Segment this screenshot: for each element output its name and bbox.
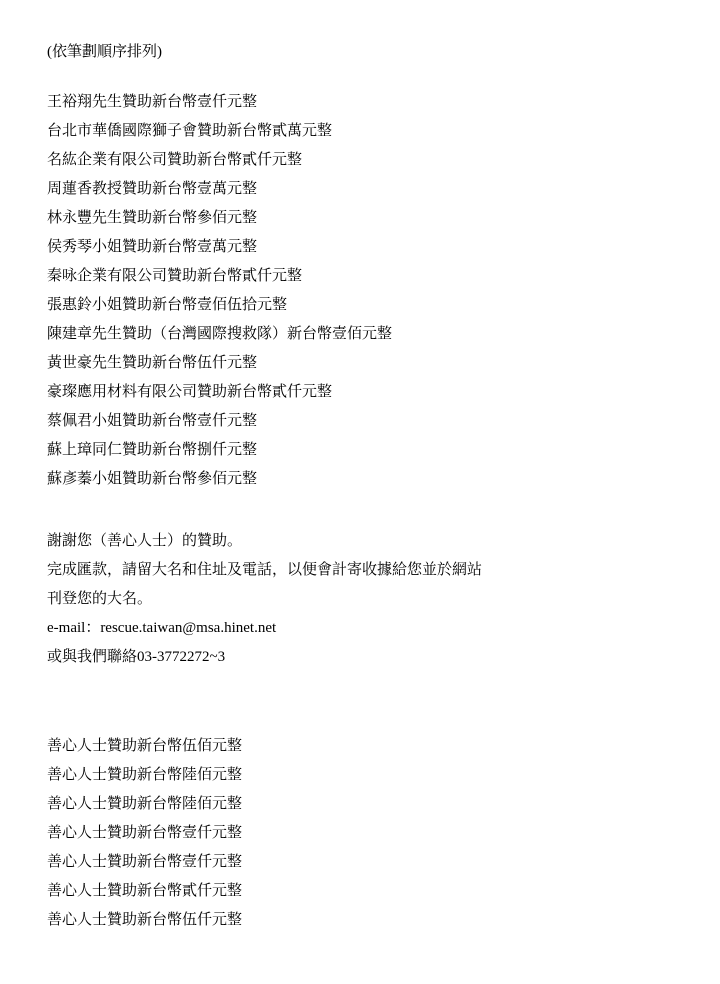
- donor-line: 林永豐先生贊助新台幣參佰元整: [47, 204, 392, 233]
- donor-line: 王裕翔先生贊助新台幣壹仟元整: [47, 88, 392, 117]
- anonymous-donor-line: 善心人士贊助新台幣伍佰元整: [47, 732, 242, 761]
- thanks-line: 完成匯款，請留大名和住址及電話，以便會計寄收據給您並於網站: [47, 556, 482, 585]
- donor-line: 蔡佩君小姐贊助新台幣壹仟元整: [47, 407, 392, 436]
- donor-list: 王裕翔先生贊助新台幣壹仟元整 台北市華僑國際獅子會贊助新台幣貳萬元整 名紘企業有…: [47, 88, 392, 494]
- donor-line: 黃世豪先生贊助新台幣伍仟元整: [47, 349, 392, 378]
- anonymous-donor-line: 善心人士贊助新台幣陸佰元整: [47, 790, 242, 819]
- anonymous-donor-line: 善心人士贊助新台幣壹仟元整: [47, 848, 242, 877]
- anonymous-donor-list: 善心人士贊助新台幣伍佰元整 善心人士贊助新台幣陸佰元整 善心人士贊助新台幣陸佰元…: [47, 732, 242, 935]
- anonymous-donor-line: 善心人士贊助新台幣伍仟元整: [47, 906, 242, 935]
- contact-phone-line: 或與我們聯絡03-3772272~3: [47, 643, 482, 672]
- document-page: (依筆劃順序排列) 王裕翔先生贊助新台幣壹仟元整 台北市華僑國際獅子會贊助新台幣…: [0, 0, 720, 984]
- donor-line: 周蓮香教授贊助新台幣壹萬元整: [47, 175, 392, 204]
- thanks-paragraph: 謝謝您（善心人士）的贊助。 完成匯款，請留大名和住址及電話，以便會計寄收據給您並…: [47, 527, 482, 672]
- donor-line: 侯秀琴小姐贊助新台幣壹萬元整: [47, 233, 392, 262]
- contact-email-line: e-mail：rescue.taiwan@msa.hinet.net: [47, 614, 482, 643]
- thanks-line: 謝謝您（善心人士）的贊助。: [47, 527, 482, 556]
- donor-line: 秦咏企業有限公司贊助新台幣貳仟元整: [47, 262, 392, 291]
- anonymous-donor-line: 善心人士贊助新台幣貳仟元整: [47, 877, 242, 906]
- donor-line: 台北市華僑國際獅子會贊助新台幣貳萬元整: [47, 117, 392, 146]
- donor-line: 蘇上璋同仁贊助新台幣捌仟元整: [47, 436, 392, 465]
- donor-line: 張惠鈴小姐贊助新台幣壹佰伍拾元整: [47, 291, 392, 320]
- donor-line: 蘇彥蓁小姐贊助新台幣參佰元整: [47, 465, 392, 494]
- anonymous-donor-line: 善心人士贊助新台幣陸佰元整: [47, 761, 242, 790]
- donor-line: 名紘企業有限公司贊助新台幣貳仟元整: [47, 146, 392, 175]
- sort-order-note: (依筆劃順序排列): [47, 38, 162, 67]
- donor-line: 陳建章先生贊助（台灣國際搜救隊）新台幣壹佰元整: [47, 320, 392, 349]
- thanks-line: 刊登您的大名。: [47, 585, 482, 614]
- donor-line: 豪璨應用材料有限公司贊助新台幣貳仟元整: [47, 378, 392, 407]
- anonymous-donor-line: 善心人士贊助新台幣壹仟元整: [47, 819, 242, 848]
